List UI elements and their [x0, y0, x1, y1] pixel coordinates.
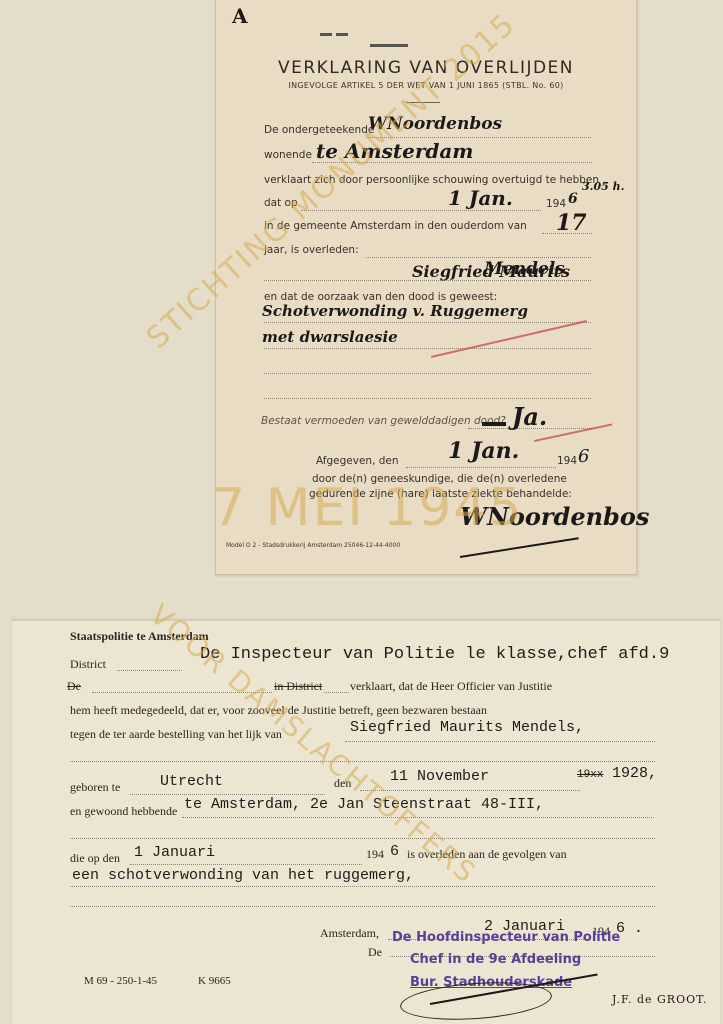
field-line	[264, 348, 591, 349]
police-clearance-form: Staatspolitie te Amsterdam District De I…	[12, 620, 720, 1024]
label-afgegeven: Afgegeven, den	[316, 455, 399, 467]
model-line: Model O 2 - Stadsdrukkerij Amsterdam 250…	[226, 542, 400, 549]
field-line	[70, 906, 655, 907]
corner-mark: A	[232, 4, 248, 28]
death-declaration-form: A VERKLARING VAN OVERLIJDEN INGEVOLGE AR…	[215, 0, 637, 575]
stamp-line-2: Chef in de 9e Afdeeling	[410, 952, 581, 967]
typed-address: te Amsterdam, 2e Jan Steenstraat 48-III,	[184, 796, 544, 813]
hw-year-suffix: 6	[568, 191, 578, 207]
field-line	[406, 467, 556, 468]
red-pencil-mark	[431, 320, 587, 358]
label-jaar-overleden: jaar, is overleden:	[264, 244, 359, 256]
text-verklaart: verklaart, dat de Heer Officier van Just…	[350, 679, 552, 694]
typed-birth-year: 1928,	[612, 765, 657, 782]
field-line	[366, 257, 591, 258]
hw-afgegeven-year: 6	[578, 446, 589, 467]
label-amsterdam: Amsterdam,	[320, 926, 379, 941]
field-line	[70, 886, 655, 887]
hw-wonende: te Amsterdam	[316, 139, 473, 163]
signature-underline	[460, 537, 579, 558]
typed-death-year: 6	[390, 843, 399, 860]
field-line	[70, 838, 655, 839]
label-afgegeven-year: 194	[557, 455, 577, 467]
label-gemeente: in de gemeente Amsterdam in den ouderdom…	[264, 220, 527, 232]
struck-in-district: in District	[274, 679, 322, 694]
text-overleden: is overleden aan de gevolgen van	[407, 847, 567, 862]
typed-struck-year: 19xx	[577, 769, 603, 781]
text-line-3: hem heeft medegedeeld, dat er, voor zoov…	[70, 703, 487, 718]
label-ondergeteekende: De ondergeteekende	[264, 124, 374, 136]
struck-de: De	[67, 679, 81, 694]
struck-out-mark	[482, 422, 506, 426]
hw-naam-2: Mendels	[484, 259, 565, 279]
label-year: 194	[546, 198, 566, 210]
form-title: VERKLARING VAN OVERLIJDEN	[216, 58, 636, 78]
form-code: M 69 - 250-1-45	[84, 975, 157, 987]
field-line	[92, 692, 272, 693]
hw-geweld-answer: Ja.	[512, 402, 547, 431]
field-line	[264, 322, 591, 323]
label-lijk-van: tegen de ter aarde bestelling van het li…	[70, 727, 282, 742]
label-door-1: door de(n) geneeskundige, die de(n) over…	[312, 473, 567, 485]
hw-ouderdom: 17	[556, 210, 587, 236]
header-staatspolitie: Staatspolitie te Amsterdam	[70, 629, 209, 644]
decorative-dash	[370, 44, 408, 47]
typed-birthdate: 11 November	[390, 768, 489, 785]
decorative-dash	[320, 33, 332, 36]
label-gewoond: en gewoond hebbende	[70, 804, 177, 819]
field-line	[264, 373, 591, 374]
hw-afgegeven-date: 1 Jan.	[448, 438, 519, 464]
label-verklaart: verklaart zich door persoonlijke schouwi…	[264, 174, 599, 186]
hw-dat-op: 1 Jan.	[448, 186, 513, 210]
label-geboren: geboren te	[70, 780, 120, 795]
field-line	[345, 741, 655, 742]
field-line	[360, 790, 580, 791]
stamp-line-1: De Hoofdinspecteur van Politie	[392, 930, 620, 945]
decorative-dash	[336, 33, 348, 36]
label-dat-op: dat op	[264, 197, 298, 209]
field-line	[264, 398, 591, 399]
typed-death-date: 1 Januari	[134, 844, 215, 861]
divider	[406, 102, 440, 103]
field-line	[117, 670, 182, 671]
form-subtitle: INGEVOLGE ARTIKEL 5 DER WET VAN 1 JUNI 1…	[216, 81, 636, 90]
hw-oorzaak-2: met dwarslaesie	[262, 328, 398, 346]
field-line	[182, 817, 654, 818]
label-die-op: die op den	[70, 851, 120, 866]
label-de: De	[368, 945, 382, 960]
field-line	[130, 794, 325, 795]
label-year: 194	[366, 847, 384, 862]
label-wonende: wonende	[264, 149, 312, 161]
field-line	[324, 692, 349, 693]
hw-oorzaak-1: Schotverwonding v. Ruggemerg	[262, 302, 528, 320]
typed-name: Siegfried Maurits Mendels,	[350, 719, 584, 736]
field-line	[301, 210, 541, 211]
hw-time: 3.05 h.	[582, 180, 624, 193]
label-geweld: Bestaat vermoeden van gewelddadigen dood…	[261, 415, 506, 427]
signer-name: J.F. de GROOT.	[612, 993, 707, 1006]
hw-ondergeteekende: WNoordenbos	[368, 114, 502, 134]
doctor-signature: WNoordenbos	[460, 502, 649, 531]
label-door-2: gedurende zijne (hare) laatste ziekte be…	[309, 488, 572, 500]
label-den: den	[334, 776, 351, 791]
field-line	[130, 864, 362, 865]
field-line	[366, 137, 591, 138]
label-district: District	[70, 657, 106, 672]
field-line	[70, 761, 655, 762]
typed-inspecteur: De Inspecteur van Politie le klasse,chef…	[200, 645, 669, 664]
typed-cause: een schotverwonding van het ruggemerg,	[72, 867, 414, 884]
typed-birthplace: Utrecht	[160, 773, 223, 790]
form-code-k: K 9665	[198, 975, 231, 987]
